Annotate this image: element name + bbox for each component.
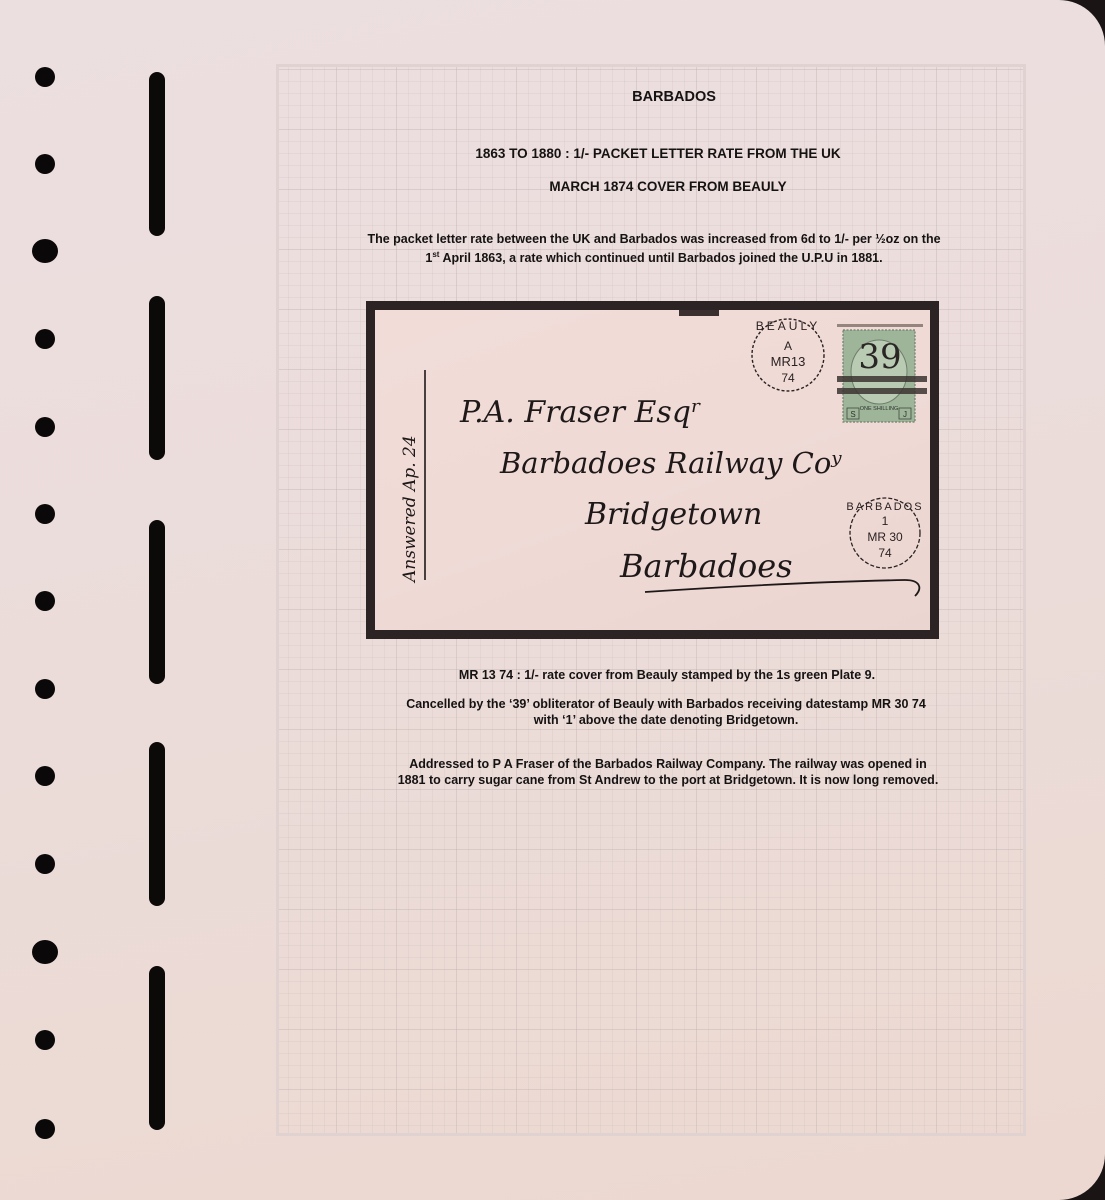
svg-text:1: 1 xyxy=(882,514,889,528)
cover-heading: MARCH 1874 COVER FROM BEAULY xyxy=(268,179,1068,194)
binder-hole xyxy=(35,1119,55,1139)
intro-line-1: The packet letter rate between the UK an… xyxy=(254,231,1054,247)
binder-hole xyxy=(35,679,55,699)
svg-text:MR13: MR13 xyxy=(771,354,806,369)
binder-hole xyxy=(35,766,55,786)
intro-text: April 1863, a rate which continued until… xyxy=(439,251,882,265)
page-title: BARBADOS xyxy=(274,89,1074,105)
caption-address-line-1: Addressed to P A Fraser of the Barbados … xyxy=(268,756,1068,772)
svg-text:ONE SHILLING: ONE SHILLING xyxy=(860,406,899,412)
binder-slot xyxy=(149,966,165,1130)
binder-hole xyxy=(32,940,58,964)
svg-text:74: 74 xyxy=(878,546,892,560)
address-line-4: Barbadoes xyxy=(619,547,793,585)
album-page: BARBADOS 1863 TO 1880 : 1/- PACKET LETTE… xyxy=(0,0,1105,1200)
cover-artwork: Answered Ap. 24 P.A. Fraser Esqʳ Barbado… xyxy=(375,310,930,630)
binder-slot xyxy=(149,742,165,906)
caption-cancellation: Cancelled by the ‘39’ obliterator of Bea… xyxy=(266,696,1066,728)
svg-text:J: J xyxy=(903,410,907,419)
binder-hole xyxy=(35,504,55,524)
svg-text:A: A xyxy=(784,339,792,353)
beauly-postmark: BEAULY A MR13 74 xyxy=(752,319,824,391)
obliterator-39: 39 xyxy=(858,337,901,377)
binder-slot xyxy=(149,296,165,460)
binder-hole xyxy=(35,591,55,611)
docket-text: Answered Ap. 24 xyxy=(400,435,420,584)
address-line-3: Bridgetown xyxy=(584,497,762,532)
intro-line-2: 1st April 1863, a rate which continued u… xyxy=(254,247,1054,266)
caption-address: Addressed to P A Fraser of the Barbados … xyxy=(268,756,1068,788)
svg-text:BARBADOS: BARBADOS xyxy=(846,501,923,513)
binder-hole xyxy=(32,239,58,263)
binder-hole xyxy=(35,854,55,874)
address-line-2: Barbadoes Railway Coʸ xyxy=(499,446,842,480)
binder-slot xyxy=(149,520,165,684)
binder-hole xyxy=(35,417,55,437)
address-line-1: P.A. Fraser Esqʳ xyxy=(459,395,701,430)
svg-text:MR 30: MR 30 xyxy=(867,530,903,544)
cover-mount: Answered Ap. 24 P.A. Fraser Esqʳ Barbado… xyxy=(366,301,939,639)
svg-text:BEAULY: BEAULY xyxy=(756,319,820,333)
postal-cover: Answered Ap. 24 P.A. Fraser Esqʳ Barbado… xyxy=(375,310,930,630)
rate-heading: 1863 TO 1880 : 1/- PACKET LETTER RATE FR… xyxy=(258,146,1058,161)
caption-date: MR 13 74 : 1/- rate cover from Beauly st… xyxy=(267,667,1067,683)
binder-slot xyxy=(149,72,165,236)
binder-hole xyxy=(35,1030,55,1050)
binder-hole xyxy=(35,329,55,349)
caption-address-line-2: 1881 to carry sugar cane from St Andrew … xyxy=(268,772,1068,788)
caption-cancellation-line-2: with ‘1’ above the date denoting Bridget… xyxy=(266,712,1066,728)
barbados-postmark: BARBADOS 1 MR 30 74 xyxy=(846,498,923,568)
binder-hole xyxy=(35,154,55,174)
caption-cancellation-line-1: Cancelled by the ‘39’ obliterator of Bea… xyxy=(266,696,1066,712)
svg-text:74: 74 xyxy=(781,371,795,385)
intro-paragraph: The packet letter rate between the UK an… xyxy=(254,231,1054,266)
svg-text:S: S xyxy=(850,410,855,419)
one-shilling-stamp: S J ONE SHILLING 39 xyxy=(837,324,927,422)
binder-hole xyxy=(35,67,55,87)
